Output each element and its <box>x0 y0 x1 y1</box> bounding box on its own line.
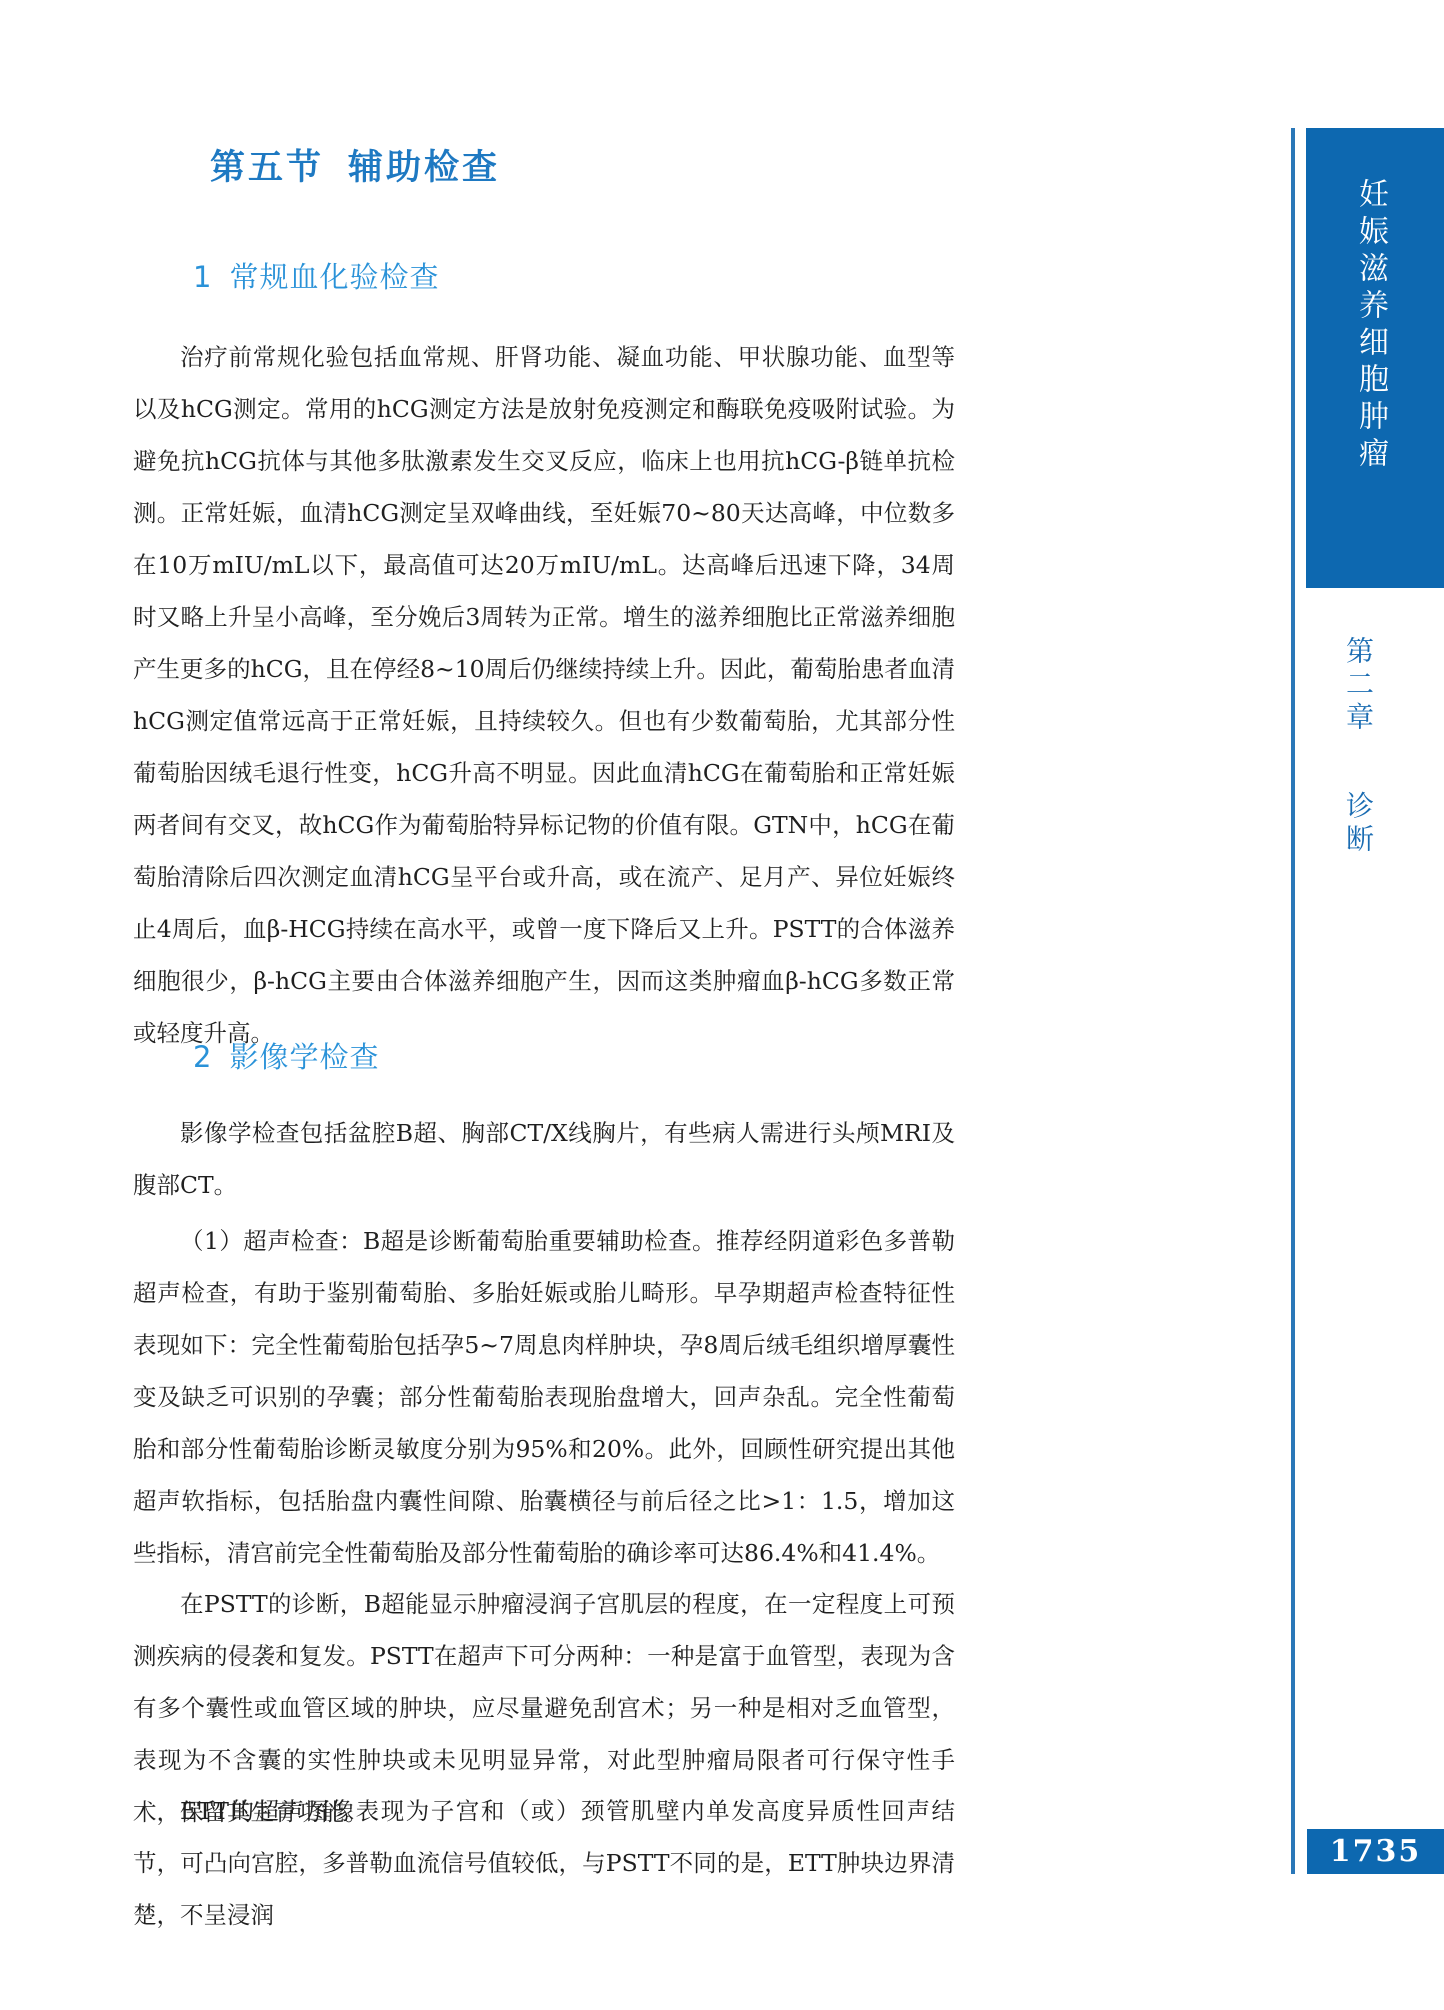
body-paragraph-3: （1）超声检查：B超是诊断葡萄胎重要辅助检查。推荐经阴道彩色多普勒超声检查，有助… <box>133 1215 955 1579</box>
subsection-number: 2 <box>193 1042 212 1074</box>
page-number-badge: 1735 <box>1307 1829 1444 1874</box>
subsection-label: 常规血化验检查 <box>229 262 439 294</box>
sidebar-vertical-rule <box>1291 128 1295 1874</box>
body-paragraph-2: 影像学检查包括盆腔B超、胸部CT/X线胸片，有些病人需进行头颅MRI及腹部CT。 <box>133 1107 955 1211</box>
subsection-number: 1 <box>193 262 212 294</box>
subsection-heading-1: 1 常规血化验检查 <box>193 262 439 294</box>
sidebar-band: 妊娠滋养细胞肿瘤 <box>1306 128 1444 588</box>
body-paragraph-5: ETT的超声图像表现为子宫和（或）颈管肌壁内单发高度异质性回声结节，可凸向宫腔，… <box>133 1785 955 1941</box>
page-number: 1735 <box>1330 1834 1422 1869</box>
chapter-section-label: 诊断 <box>1342 791 1375 857</box>
section-number-label: 第五节 <box>210 150 324 185</box>
body-paragraph-1: 治疗前常规化验包括血常规、肝肾功能、凝血功能、甲状腺功能、血型等以及hCG测定。… <box>133 331 955 1059</box>
subsection-heading-2: 2 影像学检查 <box>193 1042 379 1074</box>
book-title-vertical: 妊娠滋养细胞肿瘤 <box>1348 128 1392 588</box>
chapter-label: 第二章 <box>1342 636 1375 735</box>
page: 第五节 辅助检查 1 常规血化验检查 治疗前常规化验包括血常规、肝肾功能、凝血功… <box>0 0 1444 2010</box>
chapter-vertical-label: 第二章 诊断 <box>1338 636 1378 896</box>
subsection-label: 影像学检查 <box>229 1042 379 1074</box>
section-title-label: 辅助检查 <box>348 150 500 185</box>
page-title: 第五节 辅助检查 <box>210 150 500 185</box>
